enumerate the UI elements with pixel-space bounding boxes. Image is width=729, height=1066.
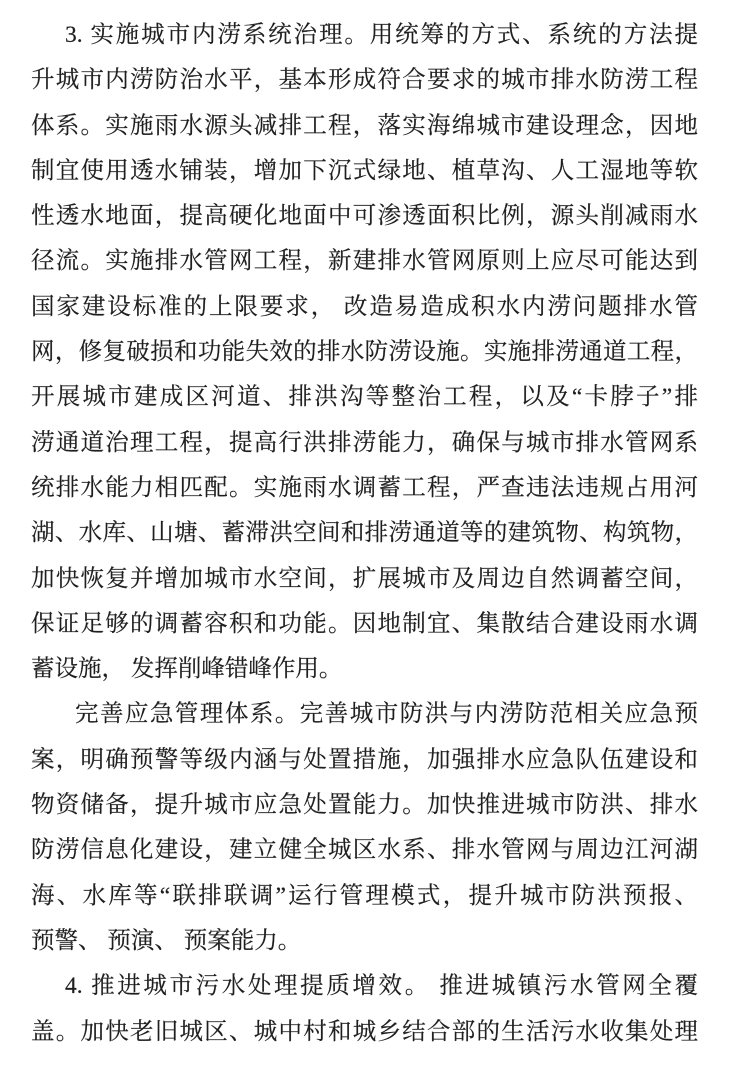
text-line: 保证足够的调蓄容积和功能。因地制宜、集散结合建设雨水调	[31, 602, 698, 647]
paragraph-4-sewage-treatment-upgrade: 4. 推进城市污水处理提质增效。 推进城镇污水管网全覆 盖。加快老旧城区、城中村…	[31, 964, 698, 1055]
text-line: 统排水能力相匹配。实施雨水调蓄工程，严查违法违规占用河	[31, 466, 698, 511]
text-line: 制宜使用透水铺装，增加下沉式绿地、植草沟、人工湿地等软	[31, 149, 698, 194]
text-line: 预警、 预演、 预案能力。	[31, 919, 698, 964]
text-line: 升城市内涝防治水平，基本形成符合要求的城市排水防涝工程	[31, 58, 698, 103]
paragraph-emergency-management-system: 完善应急管理体系。完善城市防洪与内涝防范相关应急预 案，明确预警等级内涵与处置措…	[31, 692, 698, 964]
text-line: 湖、水库、山塘、蓄滞洪空间和排涝通道等的建筑物、构筑物，	[31, 511, 698, 556]
document-page: 3. 实施城市内涝系统治理。用统筹的方式、系统的方法提 升城市内涝防治水平，基本…	[0, 0, 729, 1066]
text-line: 国家建设标准的上限要求， 改造易造成积水内涝问题排水管	[31, 285, 698, 330]
text-line: 完善应急管理体系。完善城市防洪与内涝防范相关应急预	[31, 692, 698, 737]
text-line: 性透水地面，提高硬化地面中可渗透面积比例，源头削减雨水	[31, 194, 698, 239]
text-line: 体系。实施雨水源头减排工程，落实海绵城市建设理念，因地	[31, 104, 698, 149]
text-line: 加快恢复并增加城市水空间，扩展城市及周边自然调蓄空间，	[31, 557, 698, 602]
text-line: 网，修复破损和功能失效的排水防涝设施。实施排涝通道工程，	[31, 330, 698, 375]
text-line: 涝通道治理工程，提高行洪排涝能力，确保与城市排水管网系	[31, 421, 698, 466]
text-line: 3. 实施城市内涝系统治理。用统筹的方式、系统的方法提	[31, 13, 698, 58]
text-line: 盖。加快老旧城区、城中村和城乡结合部的生活污水收集处理	[31, 1010, 698, 1055]
text-line: 案，明确预警等级内涵与处置措施，加强排水应急队伍建设和	[31, 738, 698, 783]
text-line: 蓄设施， 发挥削峰错峰作用。	[31, 647, 698, 692]
text-line: 4. 推进城市污水处理提质增效。 推进城镇污水管网全覆	[31, 964, 698, 1009]
text-line: 防涝信息化建设，建立健全城区水系、排水管网与周边江河湖	[31, 828, 698, 873]
text-line: 海、水库等“联排联调”运行管理模式，提升城市防洪预报、	[31, 874, 698, 919]
text-line: 物资储备，提升城市应急处置能力。加快推进城市防洪、排水	[31, 783, 698, 828]
paragraph-3-urban-waterlogging-governance: 3. 实施城市内涝系统治理。用统筹的方式、系统的方法提 升城市内涝防治水平，基本…	[31, 13, 698, 692]
text-line: 径流。实施排水管网工程，新建排水管网原则上应尽可能达到	[31, 239, 698, 284]
text-line: 开展城市建成区河道、排洪沟等整治工程，以及“卡脖子”排	[31, 375, 698, 420]
